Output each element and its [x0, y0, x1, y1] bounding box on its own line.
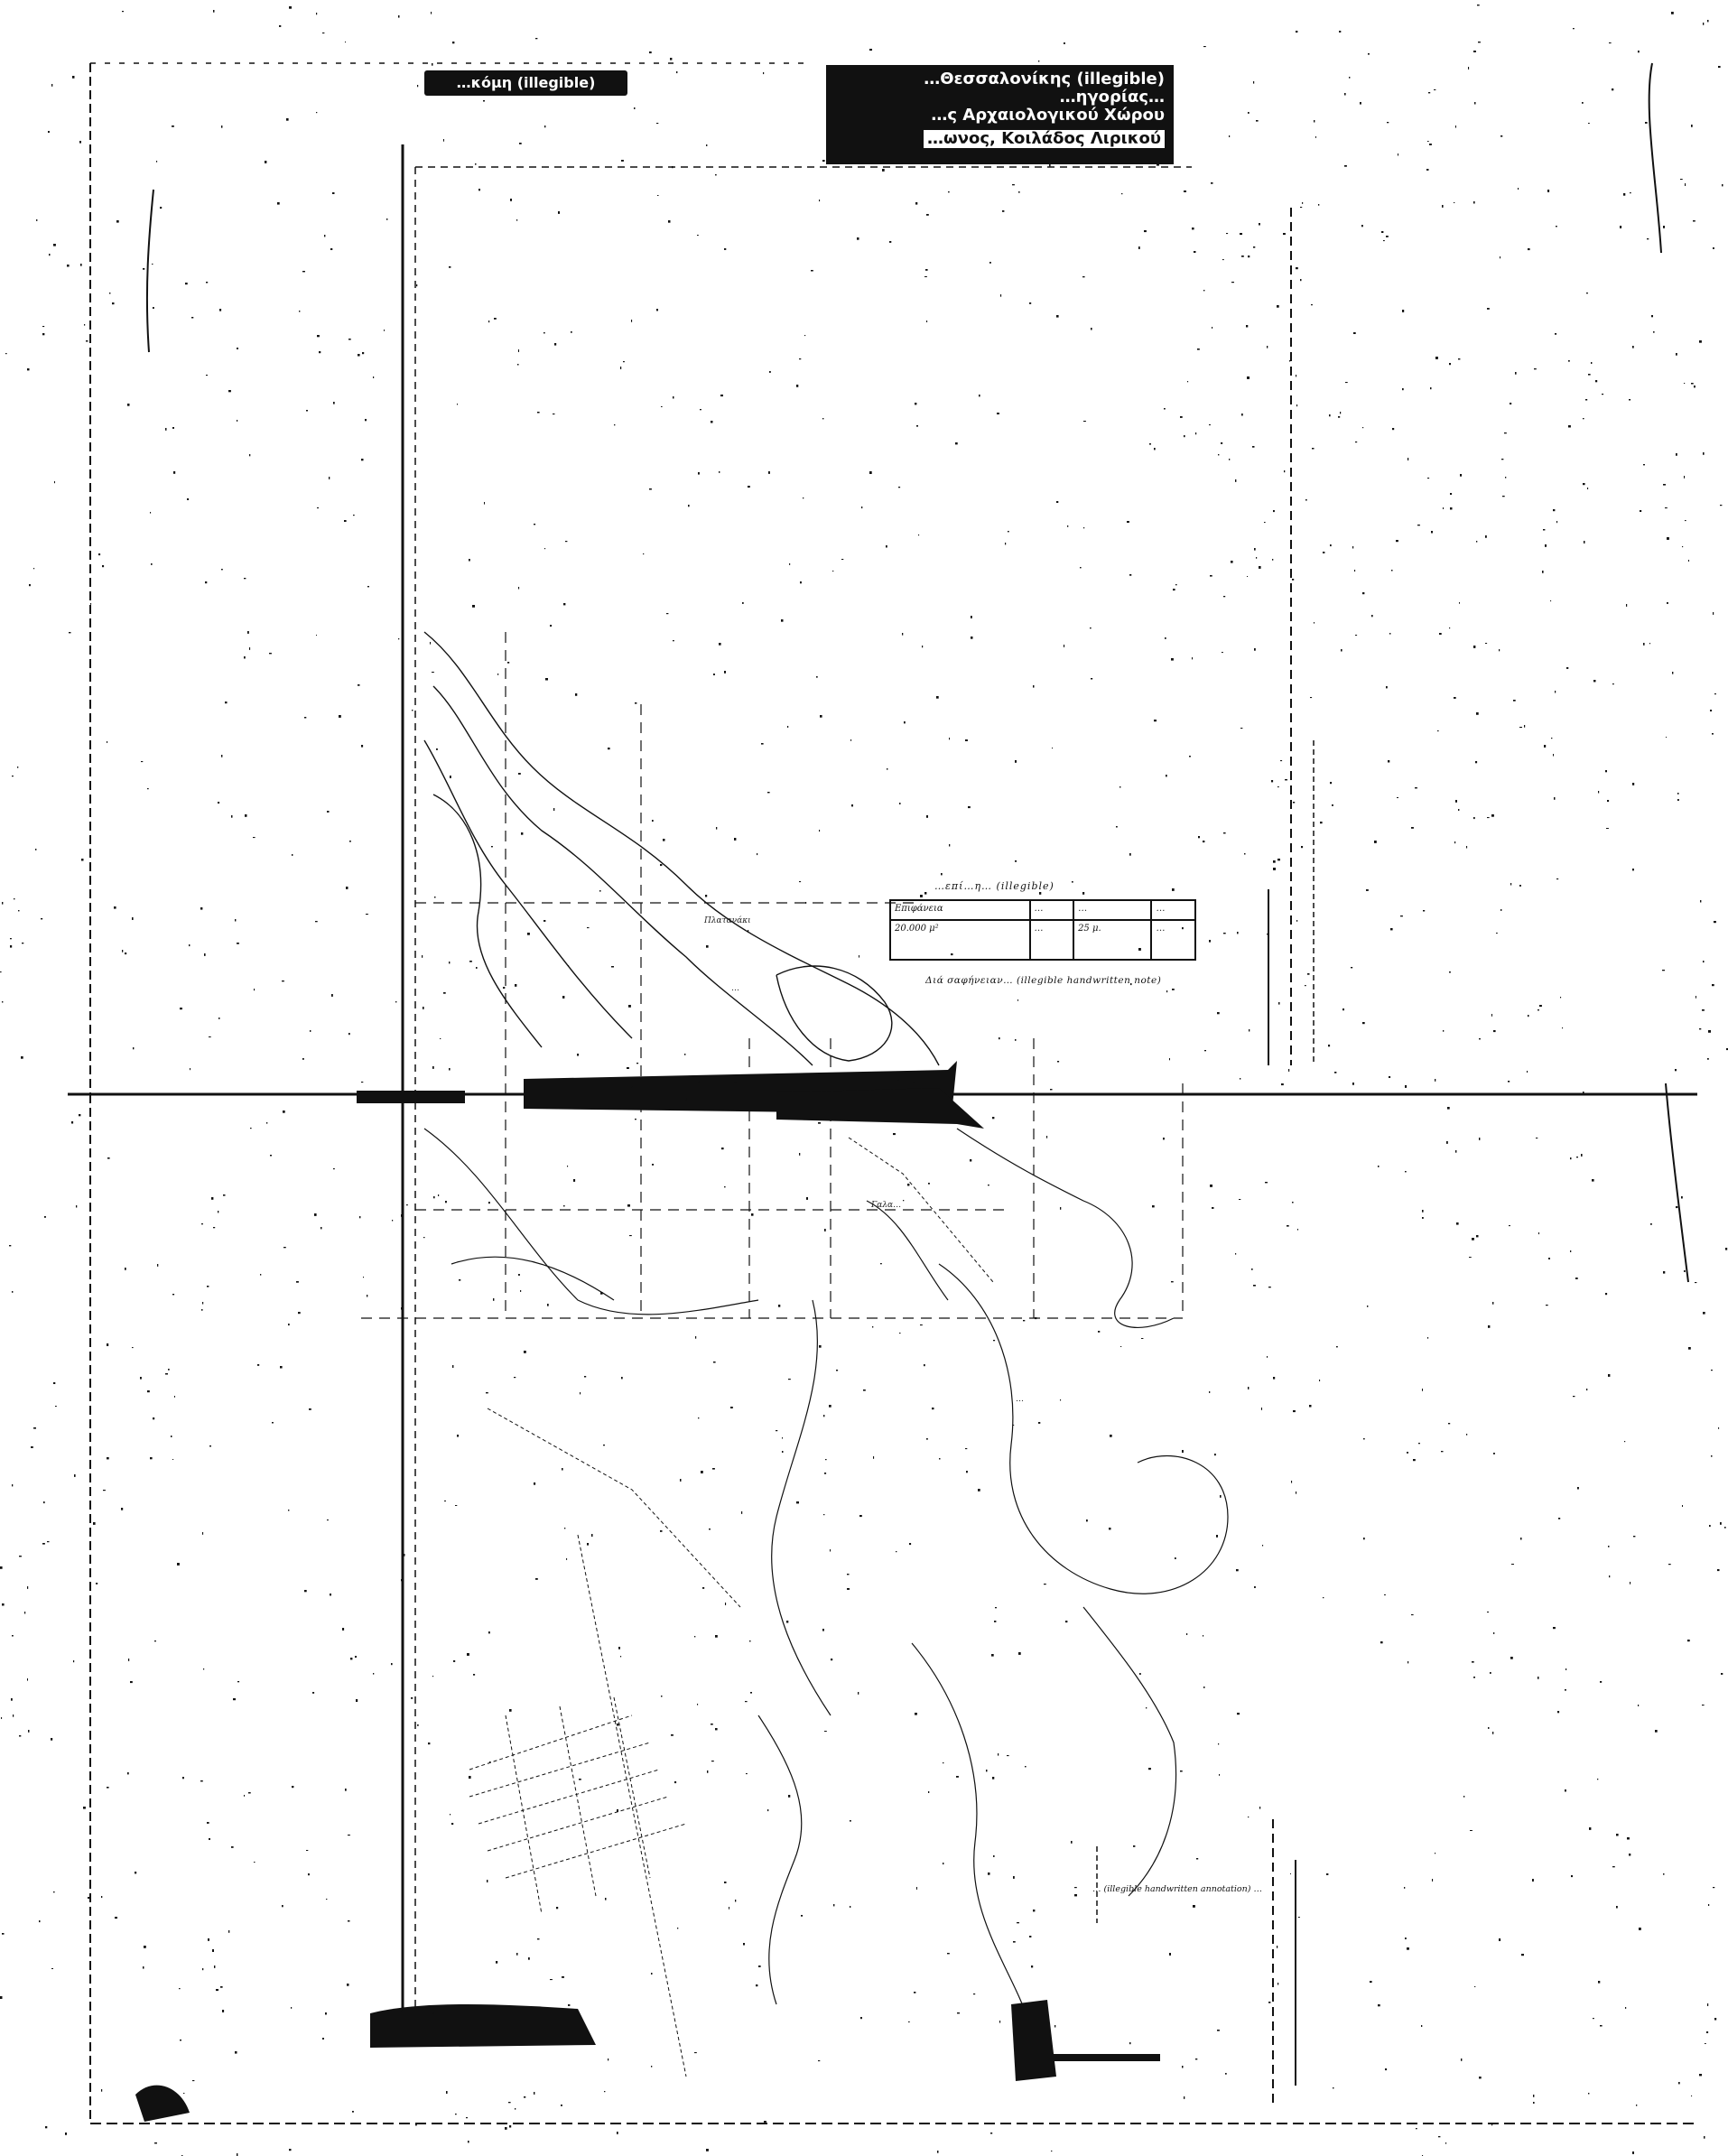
- legend: …επί…η… (illegible) Επιφάνεια … … … 20.0…: [889, 880, 1214, 989]
- place-label: …: [1016, 1395, 1024, 1404]
- legend-cell: 20.000 μ²: [890, 920, 1030, 960]
- legend-header: …: [1151, 900, 1195, 920]
- legend-cell: …: [1030, 920, 1074, 960]
- map-sheet: …κόμη (illegible) …Θεσσαλονίκης (illegib…: [0, 0, 1728, 2156]
- legend-note: Διά σαφήνειαν… (illegible handwritten no…: [925, 973, 1214, 989]
- legend-header: Επιφάνεια: [890, 900, 1030, 920]
- title-line: …Θεσσαλονίκης (illegible): [835, 70, 1165, 88]
- legend-table: Επιφάνεια … … … 20.000 μ² … 25 μ. …: [889, 899, 1196, 961]
- contours-north: [424, 632, 939, 1065]
- stamp: …κόμη (illegible): [424, 70, 627, 96]
- legend-cell: 25 μ.: [1073, 920, 1151, 960]
- fold-seam: [357, 1061, 984, 1129]
- title-line: …ηγορίας…: [835, 88, 1165, 107]
- place-label: Γαλα…: [871, 1201, 901, 1210]
- legend-title: …επί…η… (illegible): [934, 880, 1214, 892]
- title-line: …ς Αρχαιολογικού Χώρου: [835, 107, 1165, 125]
- legend-header: …: [1030, 900, 1074, 920]
- bottom-annotation: … (illegible handwritten annotation) …: [1092, 1882, 1309, 1897]
- ink-blotches: [135, 2000, 1160, 2122]
- road-network: [469, 1138, 993, 2077]
- title-line: …ωνος, Κοιλάδος Λιρικού: [924, 130, 1165, 148]
- legend-header: …: [1073, 900, 1151, 920]
- legend-cell: …: [1151, 920, 1195, 960]
- place-label: Πλατανάκι: [704, 916, 751, 925]
- title-block: …Θεσσαλονίκης (illegible) …ηγορίας… …ς Α…: [826, 65, 1174, 164]
- place-label: …: [731, 984, 739, 993]
- map-linework: [0, 0, 1728, 2156]
